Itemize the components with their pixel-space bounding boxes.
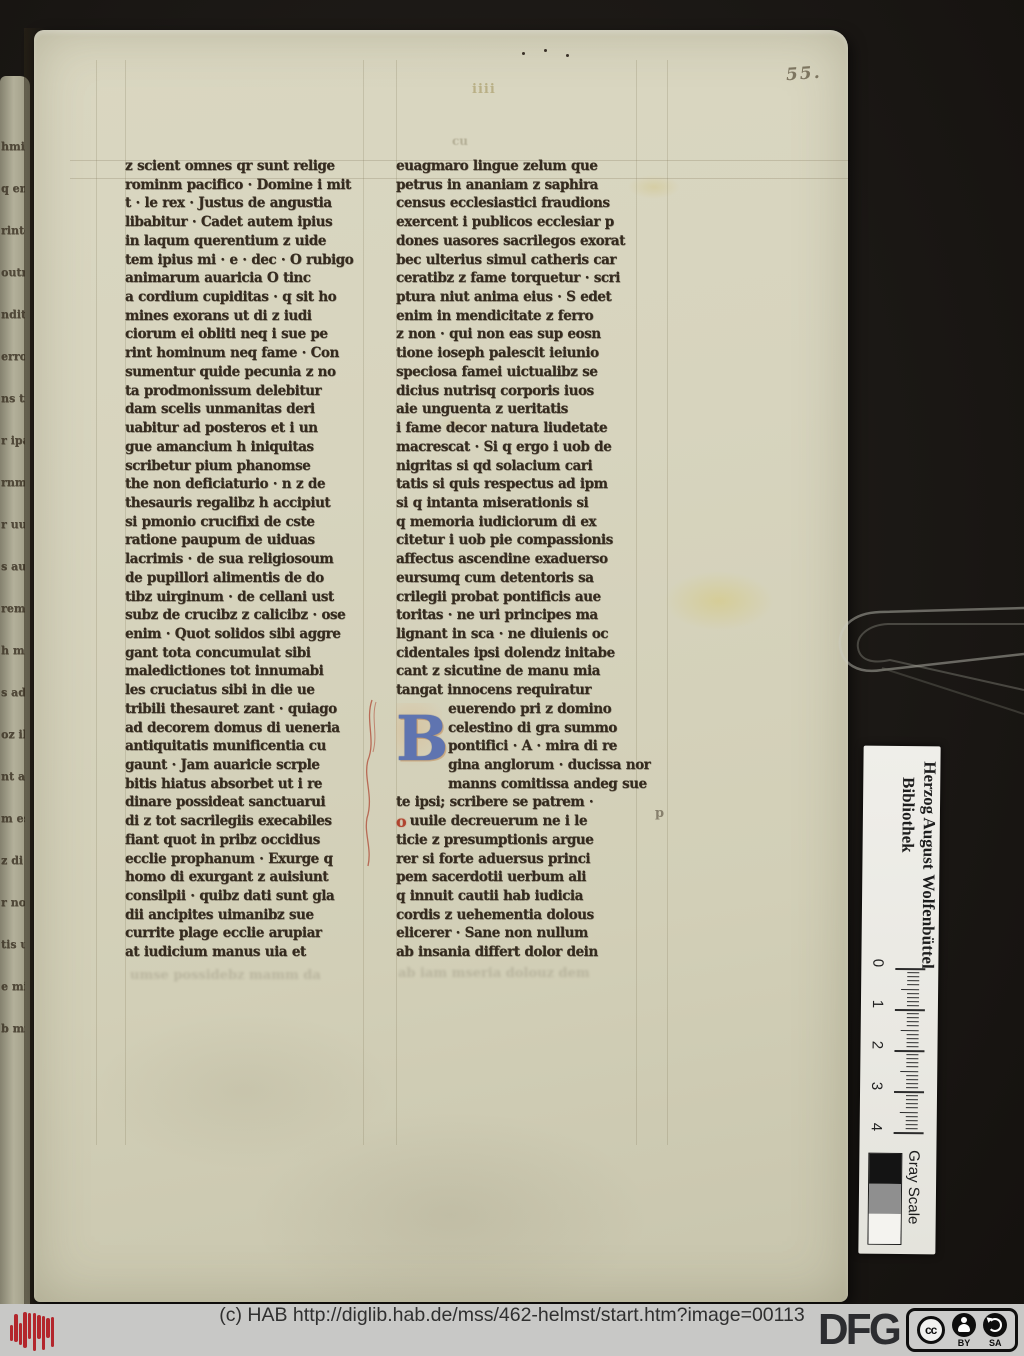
manuscript-text-line: mines exorans ut di z iudi — [125, 308, 367, 327]
facing-page-text-fragment: ndithr — [1, 308, 25, 321]
cc-by-item: BY — [952, 1313, 976, 1348]
manuscript-text-line: thesauris regalibz h accipiut — [125, 495, 367, 514]
manuscript-text-line: at iudicium manus uia et — [125, 944, 367, 963]
facing-page-text-fragment: remib — [1, 602, 25, 615]
text-column-right: euagmaro lingue zelum quepetrus in anani… — [396, 158, 642, 963]
facing-page-text-fragment: rnm o — [1, 476, 25, 489]
parchment-mottling — [250, 1110, 650, 1320]
manuscript-text-line: cant z sicutine de manu mia — [396, 663, 642, 682]
ruler-minor-tick — [906, 1116, 918, 1117]
facing-page-text-fragment: r ipa — [1, 434, 25, 447]
manuscript-text-line: di z tot sacrilegiis execabiles — [125, 813, 367, 832]
ruler-minor-tick — [906, 1083, 918, 1084]
manuscript-text-line: exercent i publicos ecclesiar p — [396, 214, 642, 233]
manuscript-text-line: bitis hiatus absorbet ut i re — [125, 776, 367, 795]
ruler-minor-tick — [907, 993, 919, 994]
manuscript-text-line: gue amancium h iniquitas — [125, 439, 367, 458]
ruler-minor-tick — [906, 1120, 918, 1121]
ghost-offset-text: ab iam mseria dolouz dem — [398, 966, 590, 981]
ruler-minor-tick — [906, 1087, 918, 1088]
cc-by-person-icon — [952, 1313, 976, 1337]
manuscript-text-line: ptura niut anima eius · S edet — [396, 289, 642, 308]
facing-page-text-fragment: tis u — [1, 938, 25, 951]
manuscript-text-line: tione ioseph palescit ieiunio — [396, 345, 642, 364]
manuscript-text-line: pem sacerdotii uerbum ali — [396, 869, 642, 888]
manuscript-text-line: lacrimis · de sua religiosoum — [125, 551, 367, 570]
manuscript-text-line: q memoria iudiciorum di ex — [396, 514, 642, 533]
manuscript-text-line: t · le rex · Justus de angustia — [125, 195, 367, 214]
ruler-major-tick — [894, 1091, 924, 1093]
grayscale-target: Gray Scale — [858, 1150, 936, 1251]
manuscript-text-line: maledictiones tot innumabi — [125, 663, 367, 682]
ruler-minor-tick — [907, 1005, 919, 1006]
ruler-minor-tick — [907, 1038, 919, 1039]
ruler-major-tick — [894, 1050, 924, 1052]
ruler-minor-tick — [906, 1058, 918, 1059]
manuscript-text-line: ratione paupum de uiduas — [125, 532, 367, 551]
ruler-minor-tick — [906, 1062, 918, 1063]
ruler-minor-tick — [906, 1103, 918, 1104]
right-column-b-block: B euerendo pri z dominocelestino di gra … — [396, 701, 642, 813]
ruler-minor-tick — [907, 972, 919, 973]
manuscript-text-line: ecclie prophanum · Exurge q — [125, 851, 367, 870]
pen-flourish — [362, 698, 382, 868]
ruling-line — [667, 60, 668, 1145]
marginal-mark: p — [655, 806, 664, 821]
facing-page-text-fragment: b mz — [1, 1022, 25, 1035]
manuscript-text-line: dam scelis unmanitas deri — [125, 401, 367, 420]
manuscript-text-line: dicius nutrisq corporis iuos — [396, 383, 642, 402]
manuscript-text-line: fiant quot in pribz occidius — [125, 832, 367, 851]
ruler-major-tick — [895, 968, 925, 970]
manuscript-text-line: tatis si quis respectus ad ipm — [396, 476, 642, 495]
manuscript-text-line: gaunt · Jam auaricie scrple — [125, 757, 367, 776]
manuscript-text-line: tangat innocens requiratur — [396, 682, 642, 701]
manuscript-text-line: si pmonio crucifixi de cste — [125, 514, 367, 533]
o-section-lines: uuile decreuerum ne i leticie z presumpt… — [396, 813, 642, 963]
ruler-minor-tick — [907, 1034, 919, 1035]
manuscript-page: 55. iiii cu p z scient omnes qr sunt rel… — [34, 30, 848, 1302]
ink-specks — [522, 52, 525, 55]
parchment-mottling — [94, 1010, 394, 1170]
ruler-minor-tick — [906, 1095, 918, 1096]
ruler-minor-tick — [906, 1066, 918, 1067]
ruler-minor-tick — [901, 1030, 919, 1031]
ruler-number: 1 — [869, 1000, 886, 1009]
manuscript-text-line: macrescat · Si q ergo i uob de — [396, 439, 642, 458]
ruler-minor-tick — [907, 1046, 919, 1047]
ruler-number: 0 — [869, 959, 886, 968]
manuscript-text-line: petrus in ananiam z saphira — [396, 177, 642, 196]
ruler-minor-tick — [907, 1021, 919, 1022]
grayscale-label: Gray Scale — [904, 1150, 922, 1250]
manuscript-text-line: manns comitissa andeg sue — [396, 776, 642, 795]
ruler-minor-tick — [906, 1079, 918, 1080]
ruler-major-tick — [894, 1132, 924, 1134]
facing-page-text-fragment: outrs — [1, 266, 25, 279]
manuscript-text-line: libabitur · Cadet autem ipius — [125, 214, 367, 233]
manuscript-text-line: nigritas si qd solacium cari — [396, 458, 642, 477]
manuscript-text-line: i fame decor natura liudetate — [396, 420, 642, 439]
facing-page-text-fragment: r no — [1, 896, 25, 909]
ruler-minor-tick — [907, 1042, 919, 1043]
manuscript-text-line: euagmaro lingue zelum que — [396, 158, 642, 177]
dfg-logo: DFG — [818, 1308, 899, 1350]
manuscript-text-line: te ipsi; scribere se patrem · — [396, 794, 642, 813]
faded-smudge: cu — [452, 134, 468, 148]
manuscript-text-line: cidentales ipsi dolendz initabe — [396, 645, 642, 664]
right-column-top-block: euagmaro lingue zelum quepetrus in anani… — [396, 158, 642, 701]
grayscale-swatch-black — [869, 1154, 901, 1184]
manuscript-text-line: de pupillori alimentis de do — [125, 570, 367, 589]
centimeter-ruler: 01234 — [859, 968, 938, 1149]
ruler-minor-tick — [906, 1054, 918, 1055]
manuscript-text-line: enim · Quot solidos sibi aggre — [125, 626, 367, 645]
library-label: Herzog August Bibliothek Wolfenbüttel — [861, 756, 940, 969]
facing-page-text-fragment: q eni — [1, 182, 25, 195]
manuscript-text-line: uabitur ad posteros et i un — [125, 420, 367, 439]
manuscript-text-line: sumentur quide pecunia z no — [125, 364, 367, 383]
ruler-minor-tick — [906, 1075, 918, 1076]
facing-page-text-fragment: oz ib — [1, 728, 25, 741]
manuscript-text-line: eursumq cum detentoris sa — [396, 570, 642, 589]
cc-by-label: BY — [958, 1338, 971, 1348]
facing-page-text-fragment: s ad — [1, 686, 25, 699]
manuscript-text-line: speciosa famei uictualibz se — [396, 364, 642, 383]
manuscript-text-line: tribili thesauret zant · quiago — [125, 701, 367, 720]
facing-page-text-fragment: nt a — [1, 770, 25, 783]
library-label-line2: Wolfenbüttel — [861, 873, 939, 968]
grayscale-swatch-white — [868, 1214, 900, 1244]
cc-sa-item: SA — [983, 1313, 1007, 1348]
manuscript-text-line: rint hominum neq fame · Con — [125, 345, 367, 364]
manuscript-text-line: uuile decreuerum ne i le — [396, 813, 642, 832]
digitized-manuscript-photo: hmilq enirintesoutrsndithrerrozns tnir i… — [0, 0, 1024, 1356]
facing-page-text-fragment: m es — [1, 812, 25, 825]
ruler-minor-tick — [907, 1025, 919, 1026]
ruler-minor-tick — [906, 1124, 918, 1125]
manuscript-text-line: lignant in sca · ne diuienis oc — [396, 626, 642, 645]
manuscript-text-line: ciorum ei obliti neq i sue pe — [125, 326, 367, 345]
footer-bar: (c) HAB http://diglib.hab.de/mss/462-hel… — [0, 1304, 1024, 1356]
manuscript-text-line: ticie z presumptionis argue — [396, 832, 642, 851]
facing-page-text-fragment: z di — [1, 854, 25, 867]
manuscript-text-line: tem ipius mi · e · dec · O rubigo — [125, 252, 367, 271]
facing-page-text-fragment: e mib — [1, 980, 25, 993]
manuscript-text-line: z scient omnes qr sunt relige — [125, 158, 367, 177]
facing-page-text-fragment: rintes — [1, 224, 25, 237]
cc-sa-arrow-icon — [983, 1313, 1007, 1337]
manuscript-text-line: affectus ascendine exaduerso — [396, 551, 642, 570]
manuscript-text-line: crilegii probat pontificis aue — [396, 589, 642, 608]
parchment-stain — [664, 571, 774, 631]
manuscript-text-line: rer si forte aduersus princi — [396, 851, 642, 870]
manuscript-text-line: tibz uirginum · de cellani ust — [125, 589, 367, 608]
ruler-minor-tick — [907, 976, 919, 977]
red-initial: o — [396, 813, 407, 830]
manuscript-text-line: the non deficiaturio · n z de — [125, 476, 367, 495]
folio-number: 55. — [785, 63, 822, 85]
library-label-line1: Herzog August Bibliothek — [862, 756, 940, 874]
ruling-line — [96, 60, 97, 1145]
manuscript-text-line: currite plage ecclie arupiar — [125, 925, 367, 944]
ruler-minor-tick — [901, 989, 919, 990]
facing-page-text-fragment: erroz — [1, 350, 25, 363]
manuscript-text-line: z non · qui non eas sup eosn — [396, 326, 642, 345]
manuscript-text-line: homo di exurgant z auisiunt — [125, 869, 367, 888]
manuscript-text-line: elicerer · Sane non nullum — [396, 925, 642, 944]
manuscript-text-line: gant tota concumulat sibi — [125, 645, 367, 664]
ruler-minor-tick — [907, 1013, 919, 1014]
manuscript-text-line: cordis z uehementia dolous — [396, 907, 642, 926]
ruler-strip: Herzog August Bibliothek Wolfenbüttel 01… — [858, 746, 940, 1255]
ruler-minor-tick — [907, 1017, 919, 1018]
manuscript-text-line: rominm pacifico · Domine i mit — [125, 177, 367, 196]
ghost-offset-text: umse possidebz mamm da — [130, 968, 321, 983]
facing-page-text-fragment: h me — [1, 644, 25, 657]
ruler-minor-tick — [900, 1071, 918, 1072]
manuscript-text-line: si q intanta miserationis si — [396, 495, 642, 514]
manuscript-text-line: les cruciatus sibi in die ue — [125, 682, 367, 701]
ruler-minor-tick — [907, 1001, 919, 1002]
manuscript-text-line: subz de crucibz z calicibz · ose — [125, 607, 367, 626]
ruler-number: 4 — [868, 1123, 885, 1132]
manuscript-text-line: aie unguenta z ueritatis — [396, 401, 642, 420]
manuscript-text-line: dones uasores sacrilegos exorat — [396, 233, 642, 252]
cc-license-badge: cc BY SA — [906, 1308, 1018, 1352]
ruler-minor-tick — [907, 980, 919, 981]
ruler-minor-tick — [906, 1099, 918, 1100]
facing-page-text-fragment: r uui — [1, 518, 25, 531]
ruler-number: 2 — [868, 1041, 885, 1050]
illuminated-initial-B: B — [396, 703, 442, 778]
manuscript-text-line: dii ancipites uimanibz sue — [125, 907, 367, 926]
manuscript-text-line: ceratibz z fame torquetur · scri — [396, 270, 642, 289]
ruler-number: 3 — [868, 1082, 885, 1091]
cc-sa-label: SA — [989, 1338, 1002, 1348]
page-holder-clip — [810, 594, 1024, 734]
manuscript-text-line: ad decorem domus di ueneria — [125, 720, 367, 739]
manuscript-text-line: census ecclesiastici fraudions — [396, 195, 642, 214]
grayscale-swatch-gray — [869, 1184, 901, 1214]
text-column-left: z scient omnes qr sunt religerominm paci… — [125, 158, 367, 963]
ruler-minor-tick — [907, 997, 919, 998]
manuscript-text-line: animarum auaricia O tinc — [125, 270, 367, 289]
facing-page-text-fragment: ns tni — [1, 392, 25, 405]
manuscript-text-line: bec ulterius simul catheris car — [396, 252, 642, 271]
manuscript-text-line: antiquitatis munificentia cu — [125, 738, 367, 757]
manuscript-text-line: a cordium cupiditas · q sit ho — [125, 289, 367, 308]
grayscale-swatches — [867, 1153, 902, 1245]
ruler-major-tick — [895, 1009, 925, 1011]
facing-page-text-fragment: s aut — [1, 560, 25, 573]
manuscript-text-line: toritas · ne uri principes ma — [396, 607, 642, 626]
ruler-minor-tick — [907, 984, 919, 985]
manuscript-text-line: enim in mendicitate z ferro — [396, 308, 642, 327]
manuscript-text-line: ta prodmonissum delebitur — [125, 383, 367, 402]
manuscript-text-line: ab insania differt dolor dein — [396, 944, 642, 963]
quire-mark: iiii — [472, 82, 496, 97]
manuscript-text-line: in laqum querentium z uide — [125, 233, 367, 252]
manuscript-text-line: dinare possideat sanctuarui — [125, 794, 367, 813]
ruler-minor-tick — [900, 1112, 918, 1113]
facing-page-text-fragment: hmil — [1, 140, 25, 153]
ruler-minor-tick — [906, 1107, 918, 1108]
cc-icon: cc — [917, 1316, 945, 1344]
manuscript-text-line: scribetur pium phanomse — [125, 458, 367, 477]
right-column-o-block: o uuile decreuerum ne i leticie z presum… — [396, 813, 642, 963]
manuscript-text-line: consilpii · quibz dati sunt gla — [125, 888, 367, 907]
manuscript-text-line: q innuit cautii hab iudicia — [396, 888, 642, 907]
ruler-minor-tick — [906, 1128, 918, 1129]
manuscript-text-line: citetur i uob pie compassionis — [396, 532, 642, 551]
